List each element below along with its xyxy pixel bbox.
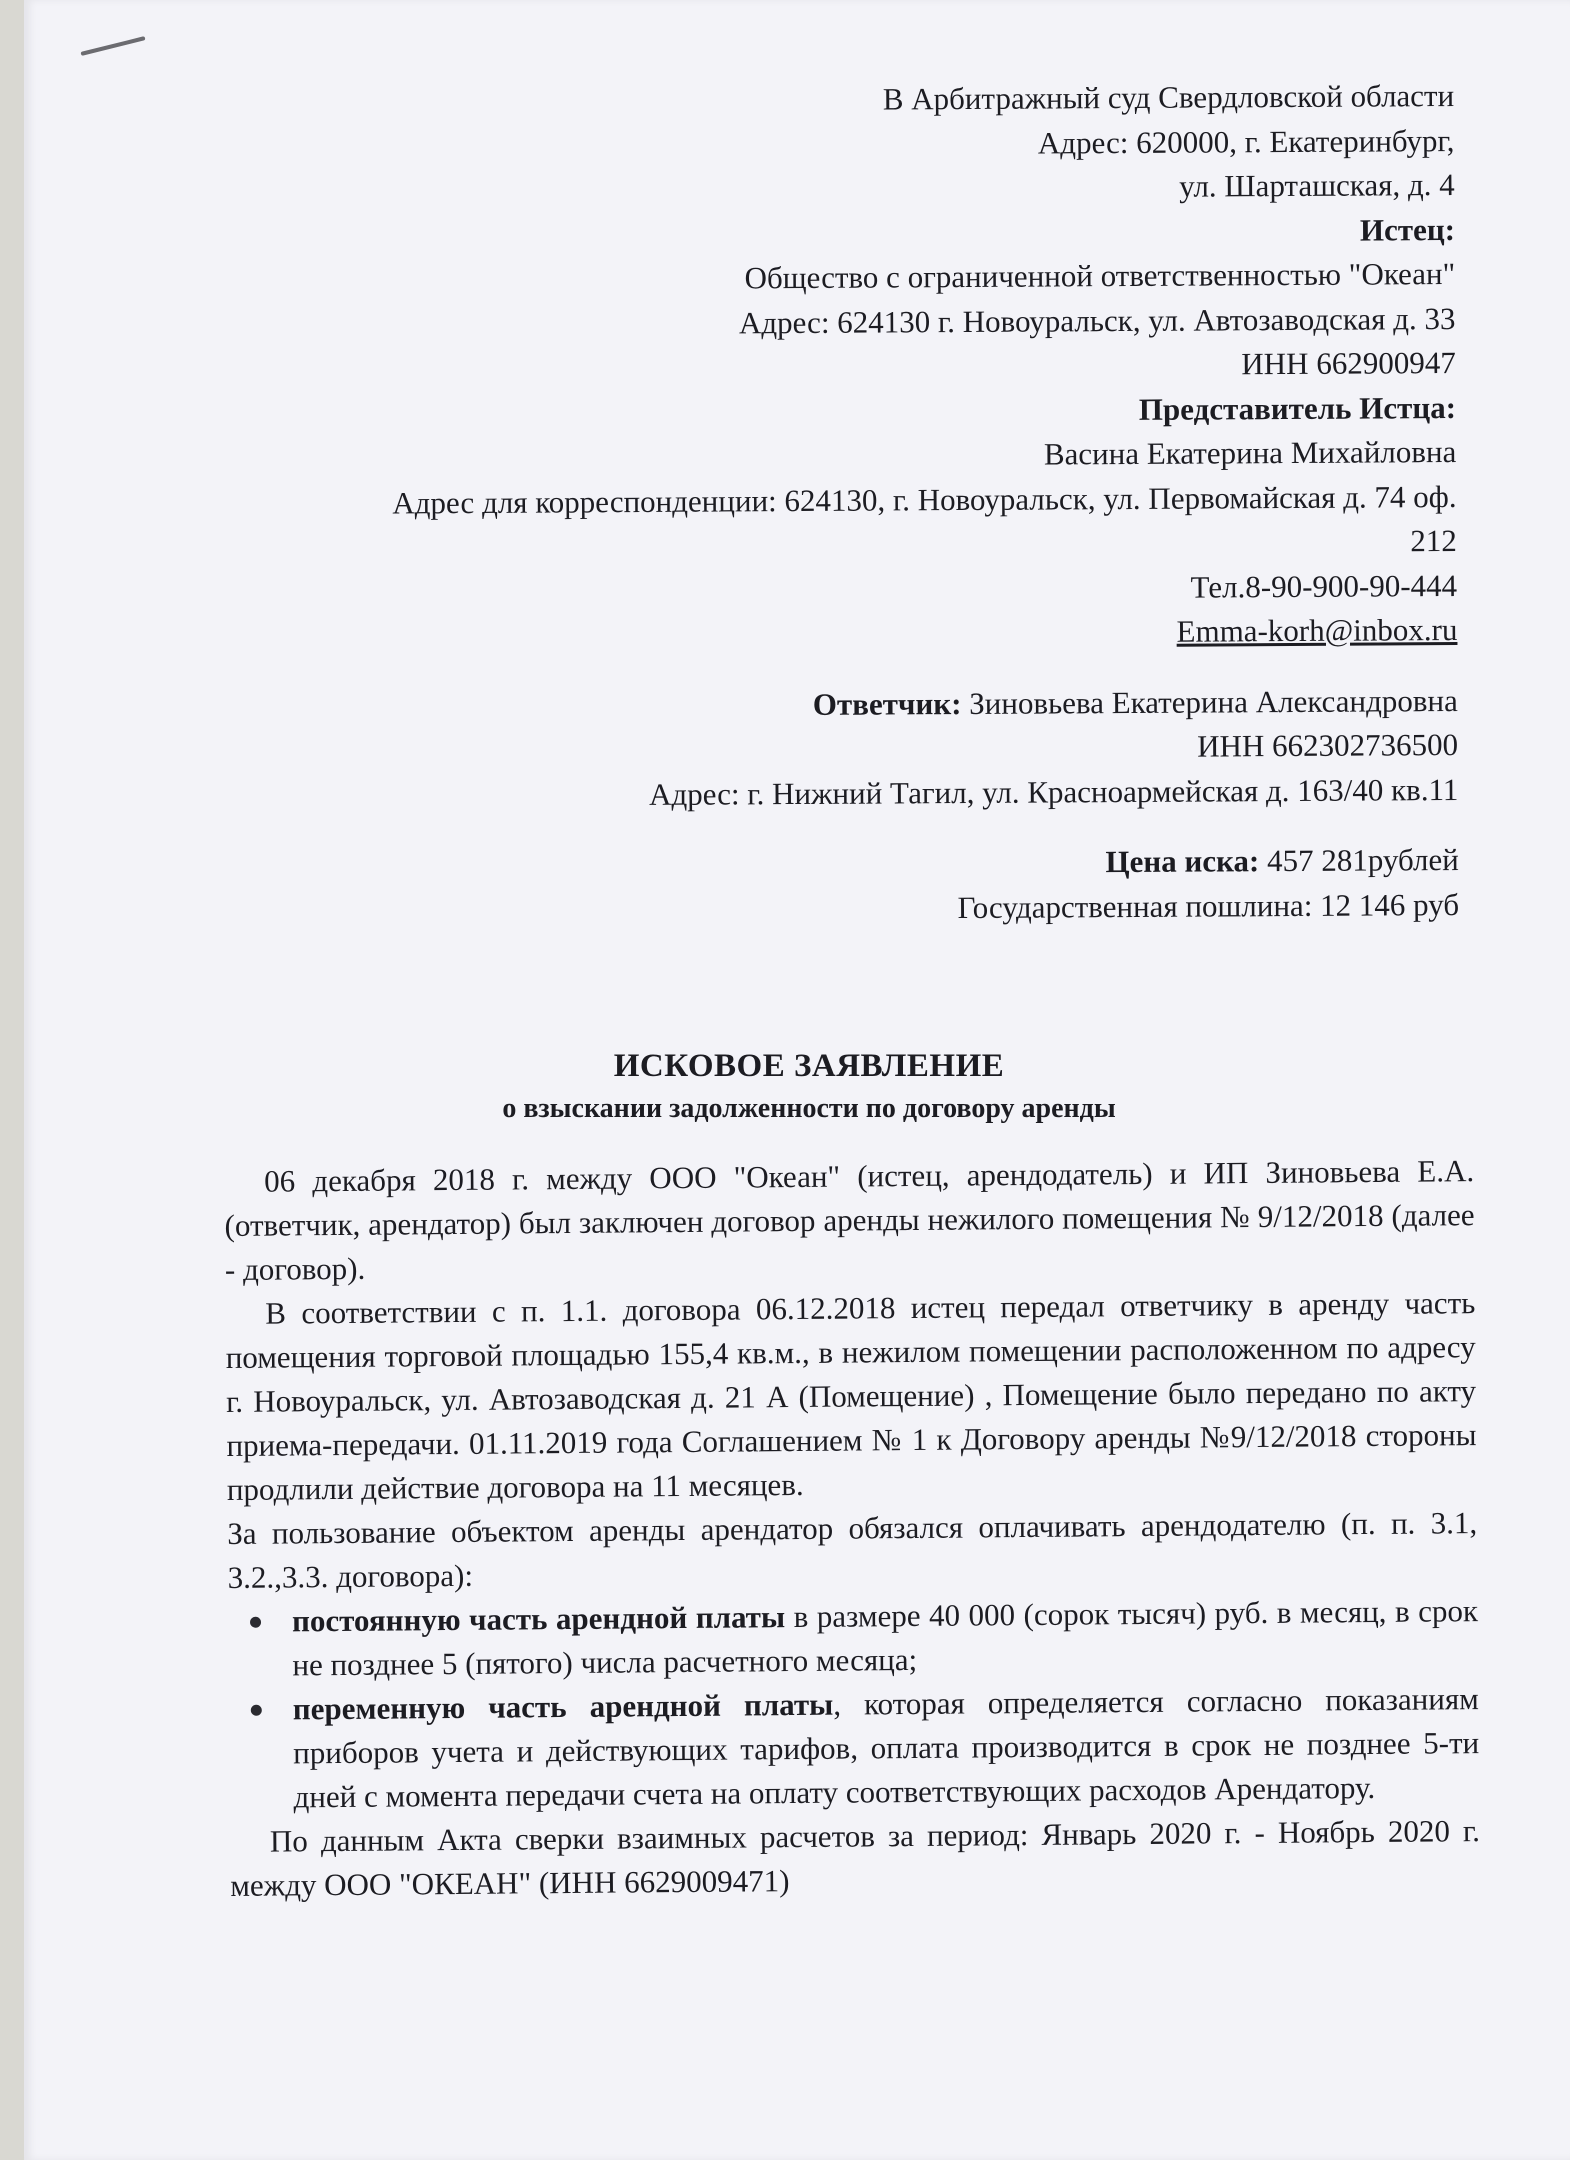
plaintiff-label: Истец:: [155, 207, 1455, 259]
document-page: В Арбитражный суд Свердловской области А…: [24, 0, 1570, 2160]
paragraph-contract: 06 декабря 2018 г. между ООО "Океан" (ис…: [224, 1149, 1475, 1292]
claim-price-value: 457 281рублей: [1259, 842, 1459, 878]
plaintiff-address: Адрес: 624130 г. Новоуральск, ул. Автоза…: [155, 296, 1455, 348]
document-title: ИСКОВОЕ ЗАЯВЛЕНИЕ: [24, 1048, 1570, 1085]
state-fee: Государственная пошлина: 12 146 руб: [159, 882, 1459, 934]
paragraph-transfer: В соответствии с п. 1.1. договора 06.12.…: [225, 1281, 1477, 1512]
document-subtitle: о взыскании задолженности по договору ар…: [24, 1093, 1570, 1125]
document-title-block: ИСКОВОЕ ЗАЯВЛЕНИЕ о взыскании задолженно…: [24, 1048, 1570, 1125]
representative-phone: Тел.8-90-900-90-444: [157, 563, 1457, 615]
representative-email[interactable]: Emma-korh@inbox.ru: [1176, 612, 1457, 649]
addressee-block: В Арбитражный суд Свердловской области А…: [154, 74, 1459, 935]
defendant-inn: ИНН 662302736500: [158, 723, 1458, 775]
defendant-address: Адрес: г. Нижний Тагил, ул. Красноармейс…: [158, 767, 1458, 819]
representative-name: Васина Екатерина Михайловна: [156, 430, 1456, 482]
representative-label: Представитель Истца:: [156, 385, 1456, 437]
list-item-fixed-rent: постоянную часть арендной платы в размер…: [292, 1589, 1479, 1687]
defendant-name: Зиновьева Екатерина Александровна: [961, 682, 1458, 720]
claim-price-line: Цена иска: 457 281рублей: [159, 838, 1459, 890]
defendant-line: Ответчик: Зиновьева Екатерина Александро…: [158, 678, 1458, 730]
defendant-label: Ответчик:: [813, 686, 962, 722]
list-item-variable-rent: переменную часть арендной платы, которая…: [293, 1677, 1480, 1819]
court-address-line2: ул. Шарташская, д. 4: [155, 163, 1455, 215]
paragraph-payment-obligation: За пользование объектом аренды арендатор…: [227, 1501, 1478, 1600]
representative-address-line1: Адрес для корреспонденции: 624130, г. Но…: [156, 474, 1456, 526]
paragraph-reconciliation: По данным Акта сверки взаимных расчетов …: [230, 1809, 1481, 1908]
staple-mark: [80, 36, 145, 56]
representative-address-line2: 212: [157, 519, 1457, 571]
variable-rent-term: переменную часть арендной платы: [293, 1687, 834, 1727]
fixed-rent-term: постоянную часть арендной платы: [292, 1599, 785, 1638]
plaintiff-inn: ИНН 662900947: [156, 341, 1456, 393]
court-address-line1: Адрес: 620000, г. Екатеринбург,: [154, 118, 1454, 170]
payment-terms-list: постоянную часть арендной платы в размер…: [228, 1589, 1480, 1820]
plaintiff-name: Общество с ограниченной ответственностью…: [155, 252, 1455, 304]
court-name: В Арбитражный суд Свердловской области: [154, 74, 1454, 126]
claim-price-label: Цена иска:: [1105, 843, 1259, 879]
document-body: 06 декабря 2018 г. между ООО "Океан" (ис…: [224, 1149, 1480, 1908]
